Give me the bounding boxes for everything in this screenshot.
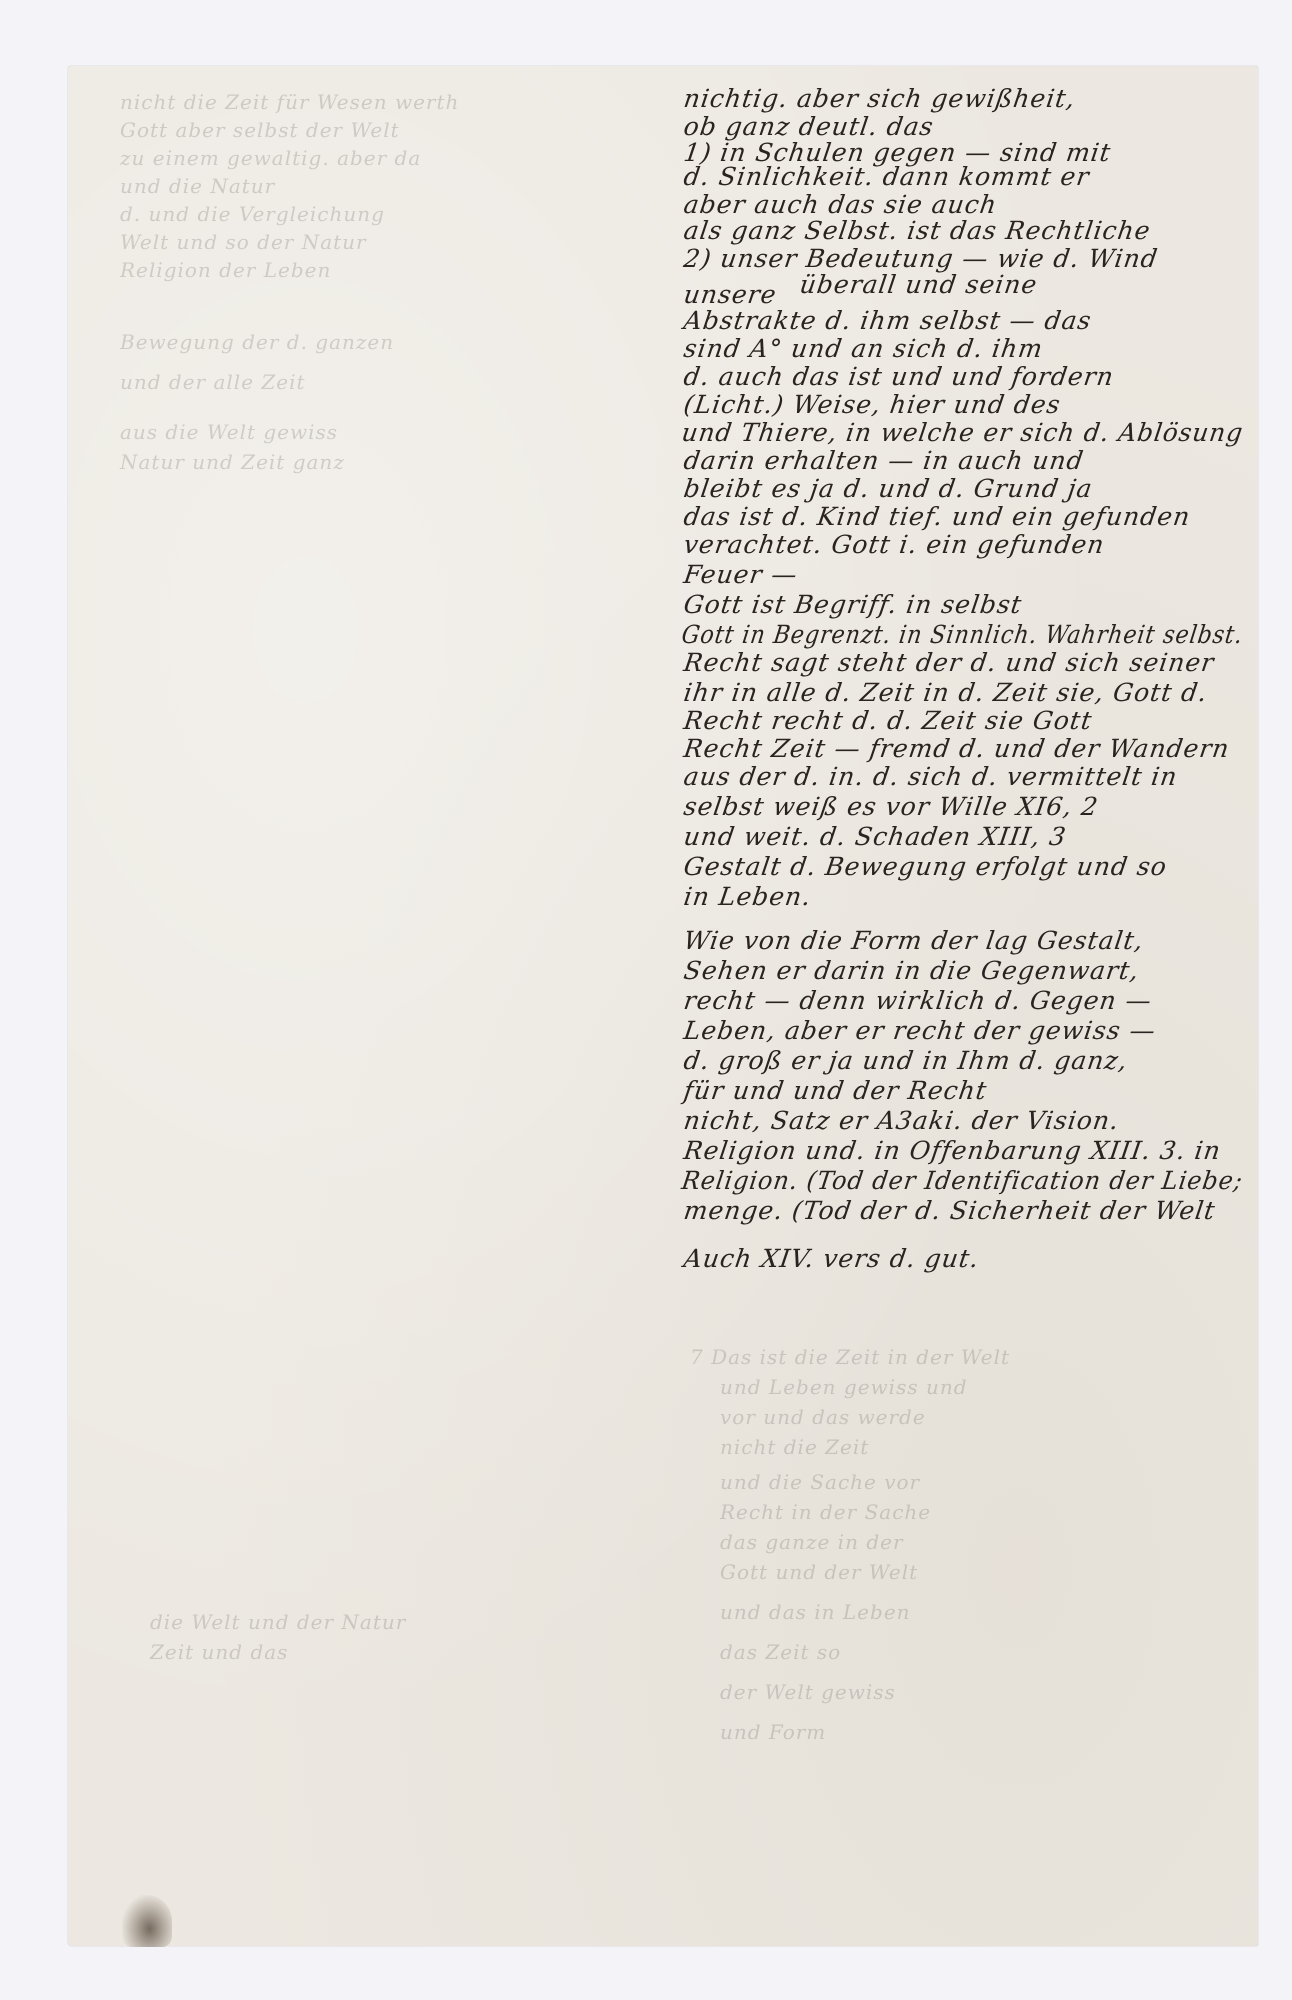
handwritten-line: ob ganz deutl. das [682,112,936,141]
handwritten-line: nichtig. aber sich gewißheit, [682,84,1077,113]
handwritten-line: selbst weiß es vor Wille XI6, 2 [682,792,1100,821]
handwritten-line: d. groß er ja und in Ihm d. ganz, [682,1046,1130,1075]
handwritten-line: Sehen er darin in die Gegenwart, [682,956,1141,985]
handwritten-line: menge. (Tod der d. Sicherheit der Welt [682,1196,1217,1225]
handwritten-line: Religion. (Tod der Identification der Li… [680,1166,1245,1195]
handwritten-line: und weit. d. Schaden XIII, 3 [682,822,1068,851]
handwritten-line: aber auch das sie auch [682,190,999,219]
faint-line: und die Natur [120,174,275,198]
handwritten-line: aus der d. in. d. sich d. vermittelt in [682,762,1180,791]
faint-line: aus die Welt gewiss [120,420,338,444]
handwritten-line: d. auch das ist und und fordern [682,362,1116,391]
faint-line: die Welt und der Natur [150,1610,406,1634]
handwritten-line: das ist d. Kind tief. und ein gefunden [682,502,1192,531]
handwritten-line: Recht Zeit — fremd d. und der Wandern [682,734,1232,763]
faint-line: vor und das werde [720,1405,926,1429]
faint-line: und Form [720,1720,826,1744]
handwritten-line: Recht sagt steht der d. und sich seiner [682,648,1216,677]
faint-line: 7 Das ist die Zeit in der Welt [690,1345,1010,1369]
handwritten-line: Religion und. in Offenbarung XIII. 3. in [682,1136,1223,1165]
faint-line: nicht die Zeit [720,1435,869,1459]
ink-stain [122,1895,172,1947]
handwritten-line: darin erhalten — in auch und [682,446,1086,475]
handwritten-line: (Licht.) Weise, hier und des [682,390,1063,419]
handwritten-line: Gestalt d. Bewegung erfolgt und so [682,852,1169,881]
handwritten-line: Wie von die Form der lag Gestalt, [682,926,1146,955]
handwritten-line: Abstrakte d. ihm selbst — das [682,306,1094,335]
handwritten-line: bleibt es ja d. und d. Grund ja [682,474,1095,503]
handwritten-line: ihr in alle d. Zeit in d. Zeit sie, Gott… [682,678,1209,707]
handwritten-line: in Leben. [682,882,813,911]
faint-line: Recht in der Sache [720,1500,931,1524]
handwritten-line: verachtet. Gott i. ein gefunden [682,530,1107,559]
faint-line: nicht die Zeit für Wesen werth [120,90,459,114]
handwritten-line: 2) unser Bedeutung — wie d. Wind [682,244,1160,273]
faint-line: Gott aber selbst der Welt [120,118,400,142]
faint-line: Religion der Leben [120,258,331,282]
handwritten-line: nicht, Satz er A3aki. der Vision. [682,1106,1121,1135]
handwritten-line: Leben, aber er recht der gewiss — [682,1016,1158,1045]
faint-line: Zeit und das [150,1640,288,1664]
handwritten-line: d. Sinlichkeit. dann kommt er [682,162,1092,191]
handwritten-line: Recht recht d. d. Zeit sie Gott [682,706,1094,735]
handwritten-line: recht — denn wirklich d. Gegen — [682,986,1154,1015]
faint-line: Bewegung der d. ganzen [120,330,394,354]
handwritten-line: Gott ist Begriff. in selbst [682,590,1024,619]
handwritten-line: Auch XIV. vers d. gut. [682,1244,981,1273]
faint-line: und das in Leben [720,1600,911,1624]
faint-line: und Leben gewiss und [720,1375,968,1399]
handwritten-line: Feuer — [682,560,800,589]
faint-line: das Zeit so [720,1640,841,1664]
handwritten-line: für und und der Recht [682,1076,989,1105]
faint-line: d. und die Vergleichung [120,202,385,226]
handwritten-line: als ganz Selbst. ist das Rechtliche [682,216,1153,245]
handwritten-line: unsere [682,280,779,309]
handwritten-line: sind A° und an sich d. ihm [682,334,1045,363]
faint-line: zu einem gewaltig. aber da [120,146,421,170]
faint-line: und die Sache vor [720,1470,920,1494]
faint-line: Gott und der Welt [720,1560,918,1584]
handwritten-line: und Thiere, in welche er sich d. Ablösun… [680,418,1245,447]
faint-line: das ganze in der [720,1530,904,1554]
faint-line: Welt und so der Natur [120,230,367,254]
faint-line: Natur und Zeit ganz [120,450,345,474]
faint-line: der Welt gewiss [720,1680,896,1704]
faint-line: und der alle Zeit [120,370,306,394]
handwritten-line: Gott in Begrenzt. in Sinnlich. Wahrheit … [680,620,1245,649]
handwritten-line: überall und seine [798,270,1039,299]
